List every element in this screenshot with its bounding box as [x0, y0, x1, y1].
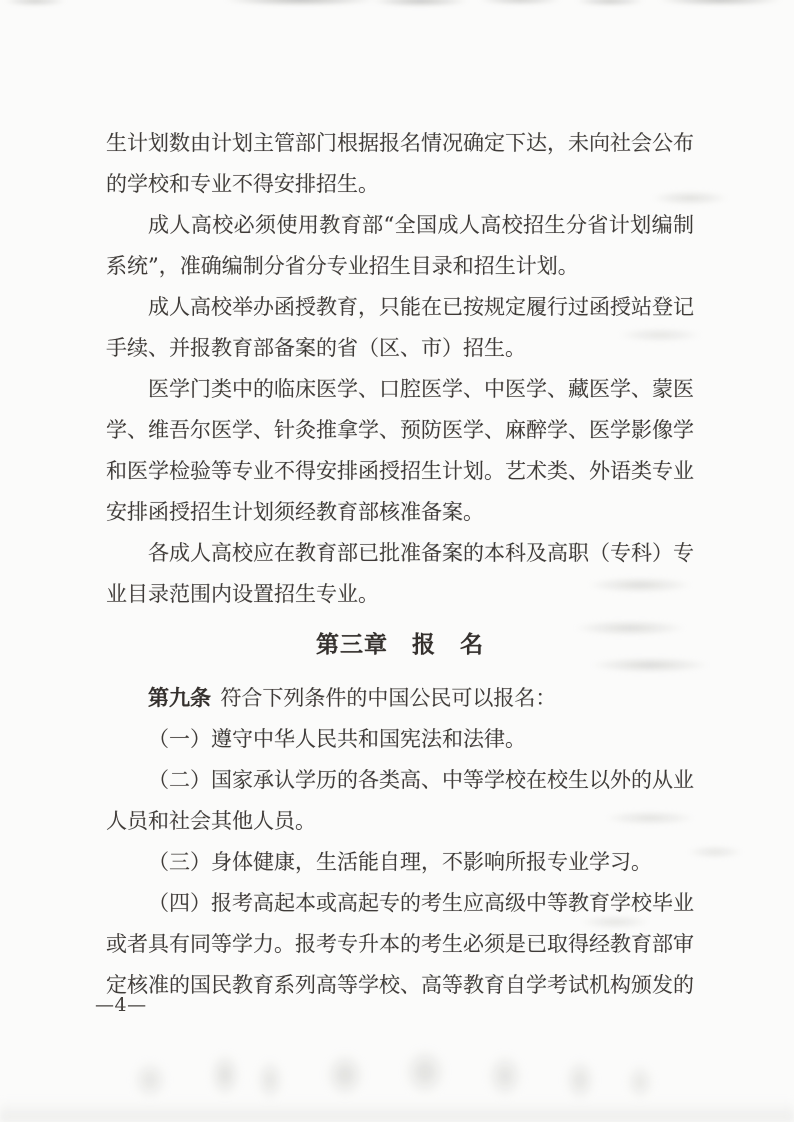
scan-smudge-bottom-edge — [0, 1030, 794, 1122]
chapter-3-heading: 第三章 报 名 — [106, 629, 694, 661]
body-paragraph: 成人高校举办函授教育，只能在已按规定履行过函授站登记手续、并报教育部备案的省（区… — [106, 287, 694, 369]
eligibility-item-1: （一）遵守中华人民共和国宪法和法律。 — [106, 719, 694, 760]
body-paragraph: 生计划数由计划主管部门根据报名情况确定下达，未向社会公布的学校和专业不得安排招生… — [106, 123, 694, 205]
body-paragraph: 成人高校必须使用教育部“全国成人高校招生分省计划编制系统”，准确编制分省分专业招… — [106, 205, 694, 287]
article-9-text: 符合下列条件的中国公民可以报名： — [220, 686, 556, 710]
article-9-number: 第九条 — [148, 685, 211, 710]
page-number: —4— — [95, 994, 147, 1016]
body-paragraph: 各成人高校应在教育部已批准备案的本科及高职（专科）专业目录范围内设置招生专业。 — [106, 533, 694, 615]
eligibility-item-3: （三）身体健康，生活能自理，不影响所报专业学习。 — [106, 842, 694, 883]
document-body: 生计划数由计划主管部门根据报名情况确定下达，未向社会公布的学校和专业不得安排招生… — [106, 123, 694, 1006]
body-paragraph: 医学门类中的临床医学、口腔医学、中医学、藏医学、蒙医学、维吾尔医学、针灸推拿学、… — [106, 369, 694, 533]
article-9-paragraph: 第九条符合下列条件的中国公民可以报名： — [106, 677, 694, 719]
scan-smudge-top-edge — [0, 0, 794, 13]
eligibility-item-2: （二）国家承认学历的各类高、中等学校在校生以外的从业人员和社会其他人员。 — [106, 760, 694, 842]
scanned-document-page: 生计划数由计划主管部门根据报名情况确定下达，未向社会公布的学校和专业不得安排招生… — [0, 0, 794, 1122]
eligibility-item-4: （四）报考高起本或高起专的考生应高级中等教育学校毕业或者具有同等学力。报考专升本… — [106, 883, 694, 1006]
